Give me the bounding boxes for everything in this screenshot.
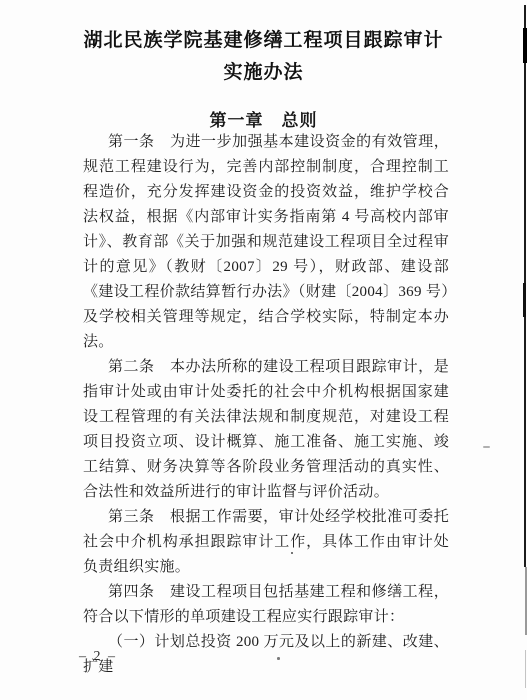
document-body: 第一条 为进一步加强基本建设资金的有效管理，规范工程建设行为，完善内部控制制度，… — [83, 130, 449, 680]
paragraph-item-1: （一）计划总投资 200 万元及以上的新建、改建、扩建 — [83, 630, 449, 680]
paragraph-article-3: 第三条 根据工作需要，审计处经学校批准可委托社会中介机构承担跟踪审计工作，具体工… — [83, 505, 449, 580]
scan-artifact — [483, 446, 490, 448]
scan-edge-artifact — [525, 567, 527, 635]
paragraph-article-1: 第一条 为进一步加强基本建设资金的有效管理，规范工程建设行为，完善内部控制制度，… — [83, 130, 449, 355]
paragraph-article-2: 第二条 本办法所称的建设工程项目跟踪审计，是指审计处或由审计处委托的社会中介机构… — [83, 355, 449, 505]
document-title-line2: 实施办法 — [30, 57, 497, 89]
scan-edge-artifact — [523, 283, 526, 317]
scan-edge-artifact — [525, 650, 526, 688]
document-title-line1: 湖北民族学院基建修缮工程项目跟踪审计 — [30, 25, 497, 57]
scan-artifact — [277, 657, 280, 660]
scan-artifact — [291, 552, 293, 554]
scanned-document-page: 湖北民族学院基建修缮工程项目跟踪审计 实施办法 第一章 总则 第一条 为进一步加… — [0, 0, 527, 700]
document-title: 湖北民族学院基建修缮工程项目跟踪审计 实施办法 — [30, 25, 497, 89]
chapter-heading: 第一章 总则 — [0, 106, 527, 131]
page-number: – 2 – — [79, 649, 117, 665]
paragraph-article-4: 第四条 建设工程项目包括基建工程和修缮工程，符合以下情形的单项建设工程应实行跟踪… — [83, 580, 449, 630]
scan-edge-artifact — [523, 28, 527, 63]
